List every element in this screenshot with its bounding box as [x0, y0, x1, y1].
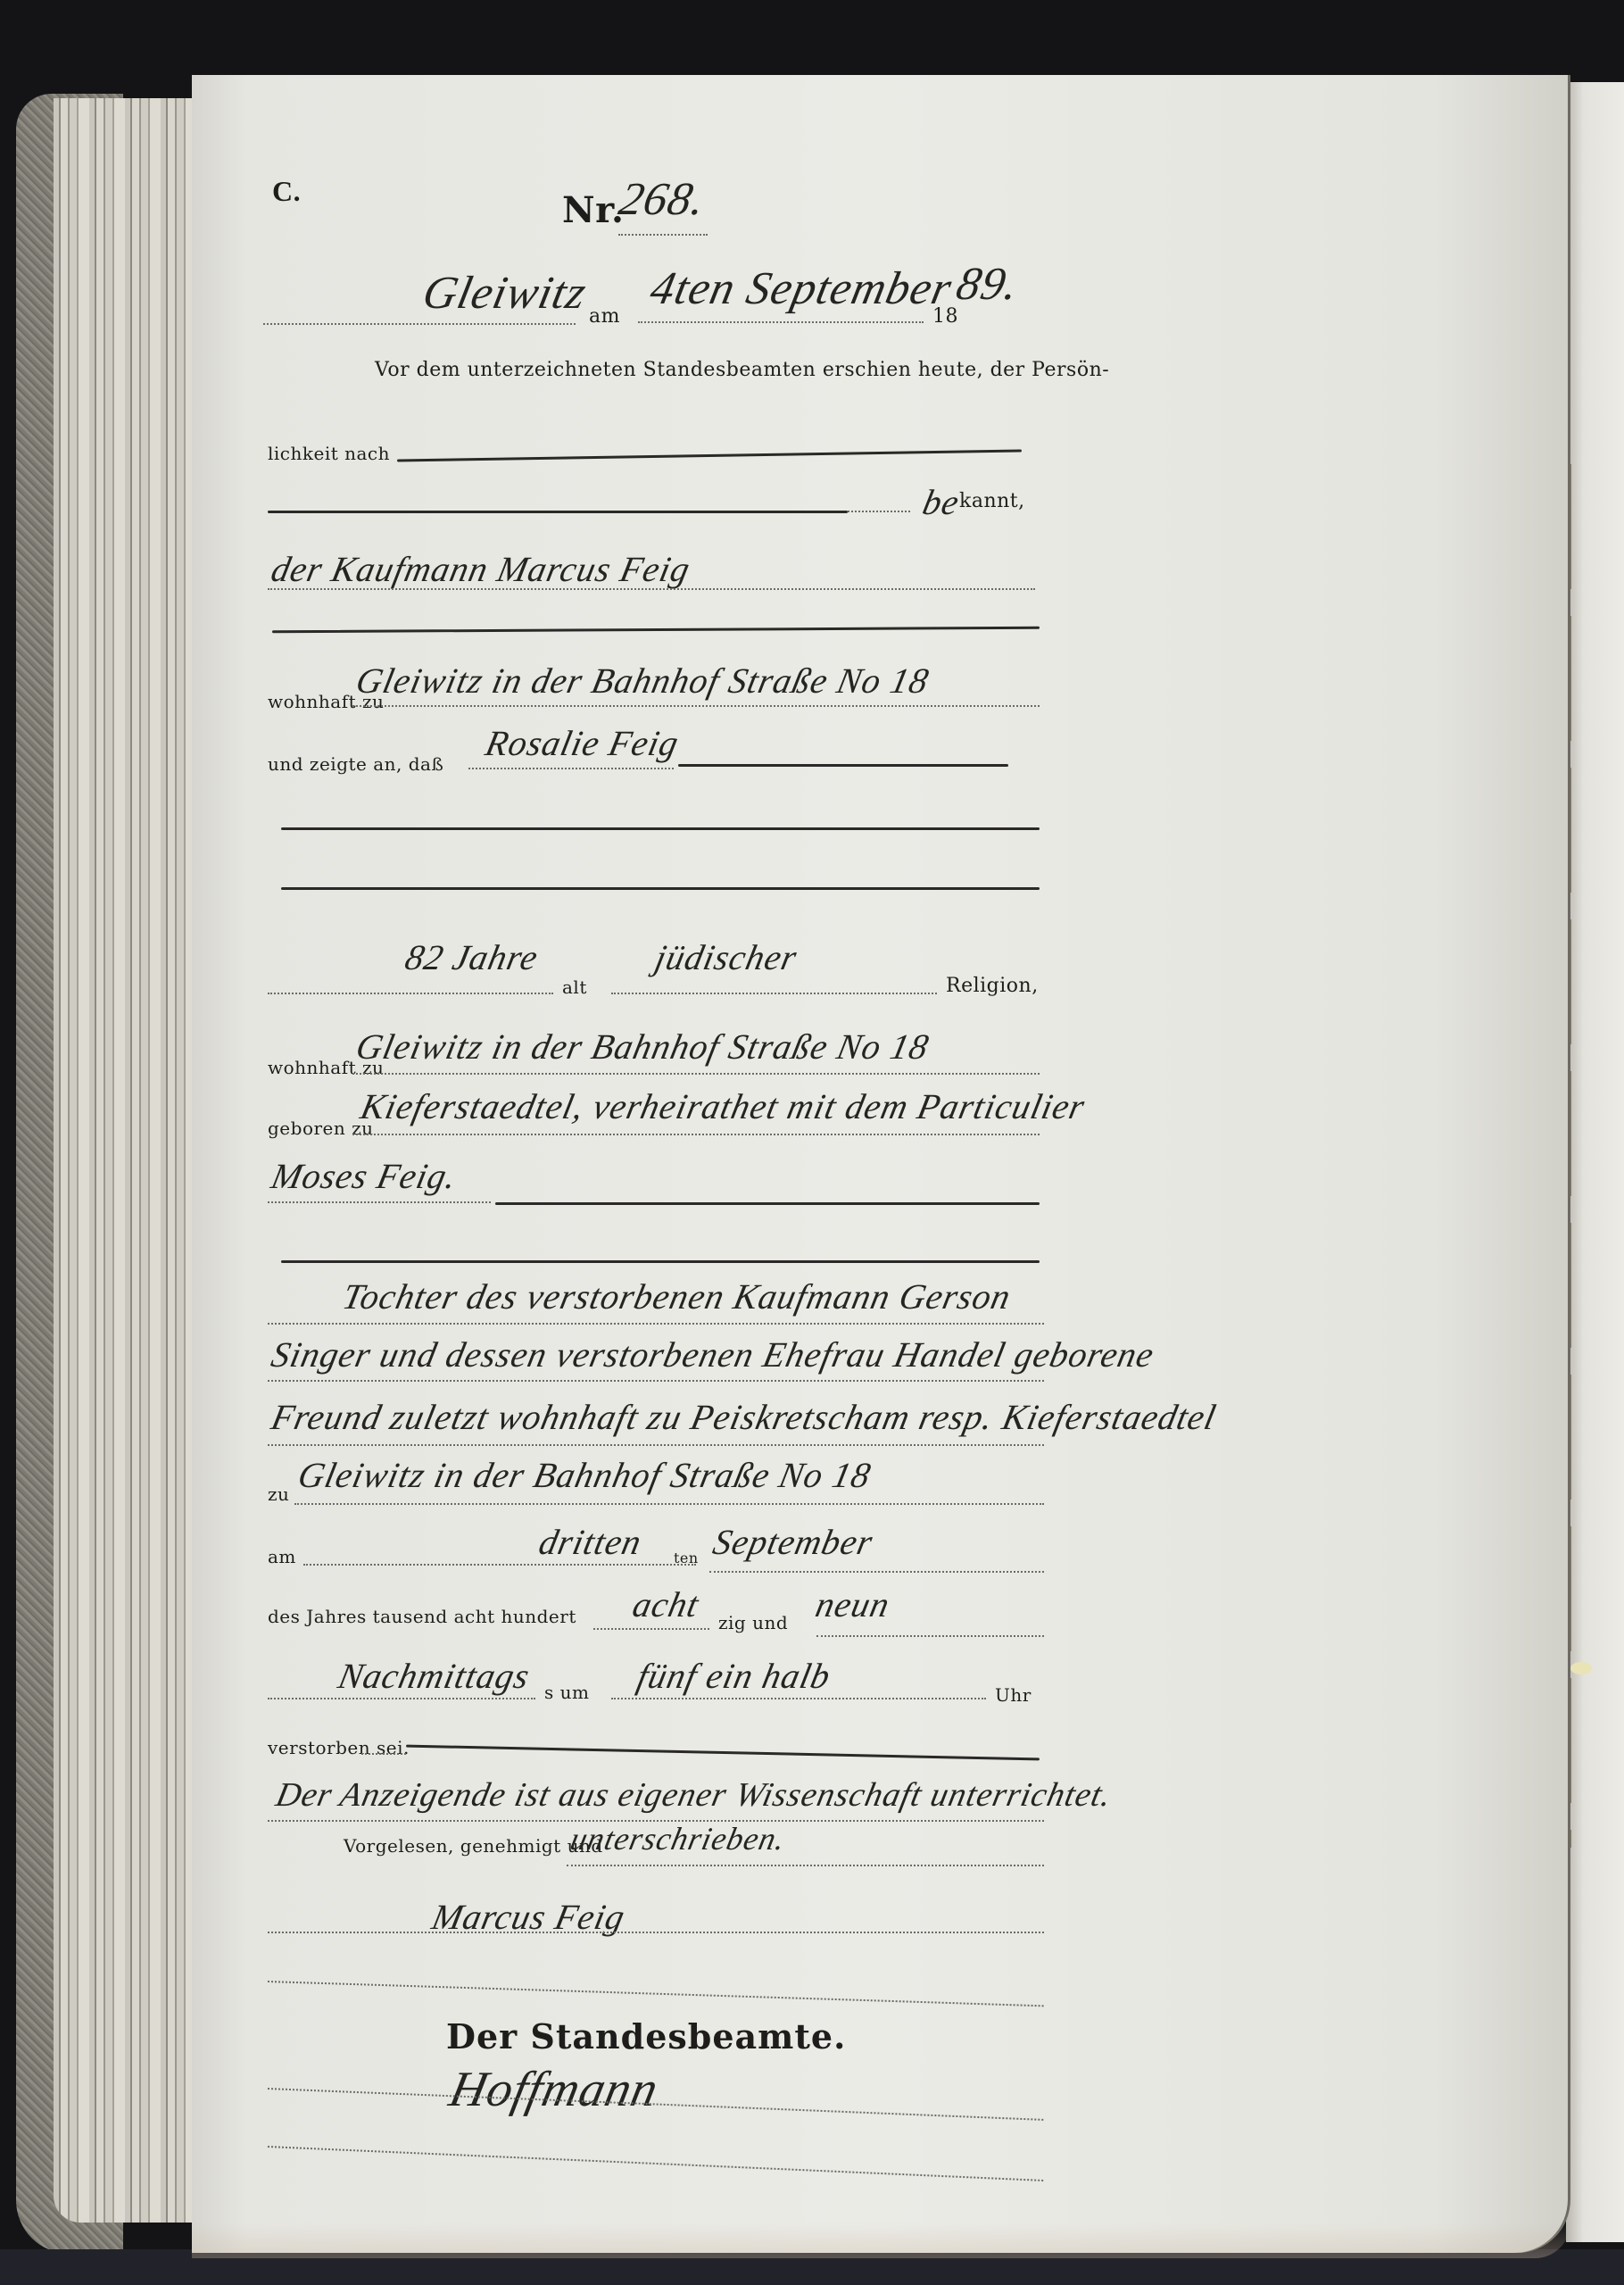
closing-label: Vorgelesen, genehmigt und	[344, 1835, 603, 1857]
death-month: September	[709, 1521, 877, 1563]
place-handwritten: Gleiwitz	[418, 267, 592, 320]
death-place-line	[294, 1503, 1044, 1505]
s-um-label: s um	[544, 1682, 589, 1703]
deceased-birthplace: Kieferstaedtel, verheirathet mit dem Par…	[357, 1085, 1089, 1127]
number-line	[618, 234, 708, 236]
informant-residence-line	[352, 705, 1040, 707]
religion-label: Religion,	[946, 975, 1039, 997]
born-line	[352, 1134, 1040, 1135]
series-letter: C.	[272, 175, 301, 208]
strike-line	[272, 627, 1040, 634]
spouse-name: Moses Feig.	[268, 1155, 461, 1197]
registrar-signature: Hoffmann	[444, 2061, 664, 2118]
strike-line	[268, 511, 848, 513]
page-stack-edge	[54, 98, 196, 2223]
parents-line-1: Tochter des verstorbenen Kaufmann Gerson	[339, 1275, 1015, 1317]
zig-und-label: zig und	[718, 1612, 788, 1633]
date-handwritten: 4ten September	[646, 262, 957, 315]
blank-line	[268, 1981, 1044, 2007]
strike-line	[495, 1202, 1040, 1205]
spouse-line	[268, 1201, 491, 1203]
deceased-name: Rosalie Feig	[482, 722, 683, 764]
religion-line	[611, 993, 937, 994]
remark: Der Anzeigende ist aus eigener Wissensch…	[272, 1775, 1115, 1815]
deceased-age: 82 Jahre	[402, 936, 543, 978]
place-line	[263, 323, 576, 325]
age-line	[268, 993, 553, 994]
decade-line	[593, 1628, 709, 1630]
parents-line-2: Singer und dessen verstorbenen Ehefrau H…	[268, 1334, 1158, 1375]
register-number: 268.	[615, 173, 711, 226]
death-month-line	[709, 1571, 1044, 1573]
time-of-day: Nachmittags	[335, 1655, 534, 1697]
time-of-day-line	[268, 1698, 535, 1699]
date-line	[638, 321, 924, 323]
register-page: C. Nr. 268. Gleiwitz am 4ten September 1…	[192, 75, 1570, 2253]
parents-line-3: Freund zuletzt wohnhaft zu Peiskretscham…	[268, 1396, 1221, 1438]
year-suffix-handwritten: 89.	[952, 258, 1024, 311]
death-place: Gleiwitz in der Bahnhof Straße No 18	[294, 1454, 874, 1496]
informant-residence: Gleiwitz in der Bahnhof Straße No 18	[352, 660, 932, 702]
death-year-decade: acht	[629, 1583, 703, 1625]
ten-label: ten	[674, 1550, 699, 1566]
identity-label: lichkeit nach	[268, 443, 390, 464]
death-place-label: zu	[268, 1483, 289, 1505]
parents-line-3-rule	[268, 1444, 1044, 1446]
deceased-residence: Gleiwitz in der Bahnhof Straße No 18	[352, 1026, 932, 1068]
deceased-name-line	[468, 768, 674, 769]
verstorben-label: verstorben sei.	[268, 1737, 410, 1758]
death-year-label: des Jahres tausend acht hundert	[268, 1606, 576, 1627]
age-label: alt	[562, 976, 587, 998]
strike-line	[397, 450, 1022, 462]
announcement-label: und zeigte an, daß	[268, 753, 443, 775]
identity-line	[848, 511, 910, 512]
verstorben-line	[361, 1753, 406, 1755]
intro-text: Vor dem unterzeichneten Standesbeamten e…	[375, 359, 1109, 381]
closing-line	[567, 1865, 1044, 1866]
strike-line	[678, 764, 1008, 767]
death-day: dritten	[535, 1521, 646, 1563]
closing-value: unterschrieben.	[568, 1820, 790, 1857]
registrar-title: Der Standesbeamte.	[446, 2016, 846, 2056]
strike-line	[281, 827, 1040, 830]
strike-line	[281, 1260, 1040, 1263]
death-time-line	[611, 1698, 986, 1699]
deceased-religion: jüdischer	[651, 936, 801, 978]
strike-line	[406, 1745, 1040, 1761]
informant-signature-line	[268, 1932, 1044, 1933]
informant-name: der Kaufmann Marcus Feig	[268, 548, 694, 590]
death-time: fünf ein halb	[634, 1655, 834, 1697]
identity-suffix-printed: kannt,	[959, 490, 1025, 512]
identity-suffix-handwritten: be	[919, 481, 964, 523]
informant-line	[268, 588, 1035, 590]
death-day-line	[303, 1564, 696, 1566]
parents-line-2-rule	[268, 1380, 1044, 1382]
deceased-residence-line	[352, 1073, 1040, 1075]
death-am-label: am	[268, 1546, 296, 1567]
facing-page-edge	[1566, 82, 1624, 2242]
unit-line	[816, 1635, 1044, 1637]
parents-line-1-rule	[268, 1323, 1044, 1325]
binding-glue-spot	[1570, 1662, 1592, 1674]
strike-line	[281, 887, 1040, 890]
death-year-unit: neun	[812, 1583, 894, 1625]
am-label: am	[589, 305, 620, 328]
blank-line	[268, 2146, 1043, 2181]
uhr-label: Uhr	[995, 1684, 1032, 1706]
